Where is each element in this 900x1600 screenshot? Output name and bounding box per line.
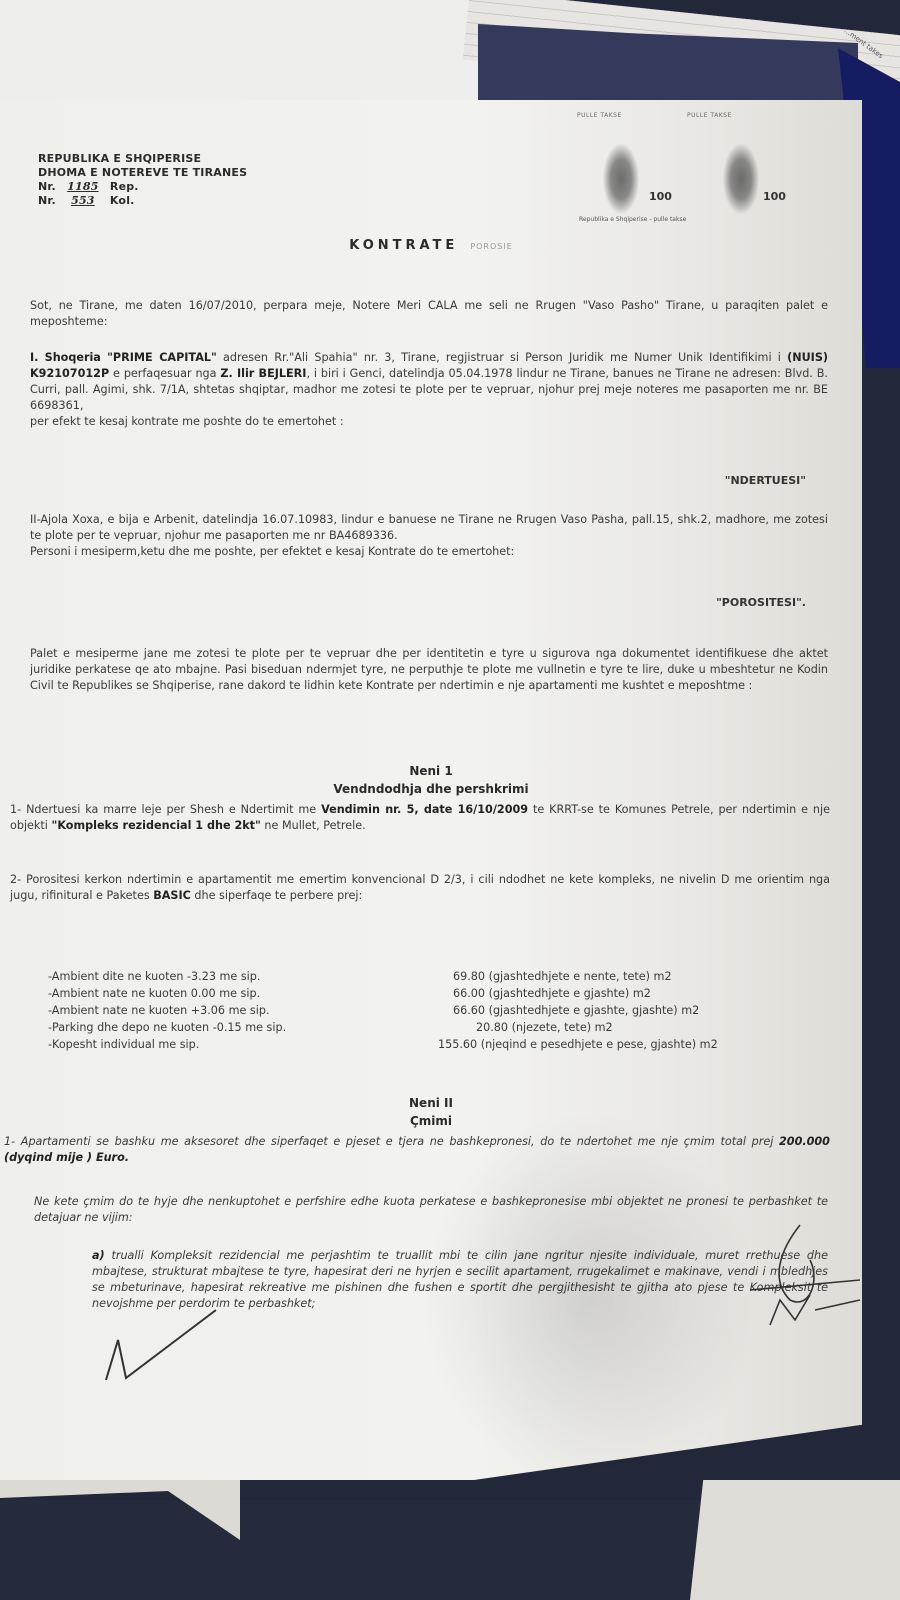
area-row: -Kopesht individual me sip.155.60 (njeqi… (48, 1036, 848, 1053)
document-title: KONTRATEPOROSIE (0, 238, 862, 253)
stamp-caption-right: PULLE TAKSE (687, 112, 732, 119)
document-subtitle: POROSIE (470, 242, 512, 251)
article-2-note: Ne kete çmim do te hyje dhe nenkuptohet … (34, 1194, 828, 1226)
role-porositesi: "POROSITESI". (716, 596, 806, 609)
stamp-bottom-text: Republika e Shqiperise - pulle takse (579, 216, 779, 223)
party-1-paragraph: I. Shoqeria "PRIME CAPITAL" adresen Rr."… (30, 350, 828, 430)
article-2-heading: Neni II Çmimi (0, 1094, 862, 1130)
stamp-value-right: 100 (763, 190, 786, 203)
contract-page: REPUBLIKA E SHQIPERISE DHOMA E NOTEREVE … (0, 100, 862, 1480)
area-row: -Ambient nate ne kuoten +3.06 me sip.66.… (48, 1002, 848, 1019)
underlying-paper-right (690, 1480, 900, 1600)
rep-number: 1185 (60, 180, 106, 194)
tax-stamps: PULLE TAKSE PULLE TAKSE 100 100 Republik… (575, 112, 795, 252)
article-1-heading: Neni 1 Vendndodhja dhe pershkrimi (0, 762, 862, 798)
signature-left (96, 1300, 236, 1390)
area-row: -Parking dhe depo ne kuoten -0.15 me sip… (48, 1019, 848, 1036)
intro-paragraph: Sot, ne Tirane, me daten 16/07/2010, per… (30, 298, 828, 330)
chamber-name: DHOMA E NOTEREVE TE TIRANES (38, 166, 247, 180)
kol-number-line: Nr. 553 Kol. (38, 194, 247, 208)
signature-right (740, 1220, 870, 1340)
stamp-portrait-left (603, 144, 639, 214)
stamp-caption-left: PULLE TAKSE (577, 112, 622, 119)
agreement-paragraph: Palet e mesiperme jane me zotesi te plot… (30, 646, 828, 694)
party-2-paragraph: II-Ajola Xoxa, e bija e Arbenit, datelin… (30, 512, 828, 560)
notary-header: REPUBLIKA E SHQIPERISE DHOMA E NOTEREVE … (38, 152, 247, 208)
republic-name: REPUBLIKA E SHQIPERISE (38, 152, 247, 166)
stamp-value-left: 100 (649, 190, 672, 203)
area-row: -Ambient dite ne kuoten -3.23 me sip.69.… (48, 968, 848, 985)
article-1-clause-2: 2- Porositesi kerkon ndertimin e apartam… (10, 872, 830, 904)
stamp-portrait-right (723, 144, 759, 214)
rep-number-line: Nr. 1185 Rep. (38, 180, 247, 194)
role-ndertuesi: "NDERTUESI" (725, 474, 806, 487)
kol-number: 553 (60, 194, 106, 208)
area-list: -Ambient dite ne kuoten -3.23 me sip.69.… (48, 968, 848, 1053)
article-2-clause-1: 1- Apartamenti se bashku me aksesoret dh… (4, 1134, 830, 1166)
article-1-clause-1: 1- Ndertuesi ka marre leje per Shesh e N… (10, 802, 830, 834)
area-row: -Ambient nate ne kuoten 0.00 me sip.66.0… (48, 985, 848, 1002)
